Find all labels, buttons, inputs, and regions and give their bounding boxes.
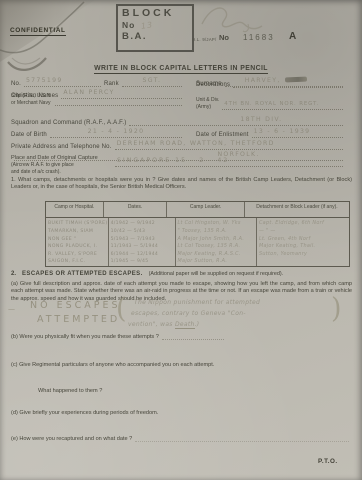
field-value-capture: SINGAPORE 15 - 2 - 42 xyxy=(115,150,343,167)
table-row: 10/42 — 5/43 xyxy=(111,228,175,236)
row-capture-value: SINGAPORE 15 - 2 - 42 xyxy=(112,150,346,167)
table-row: Lt Col Toosey, 135 R.A. xyxy=(178,243,256,251)
field-value-decorations xyxy=(233,87,343,88)
table-row: 5/1943 — 7/1943 xyxy=(111,236,175,244)
section-2-title: ESCAPES OR ATTEMPTED ESCAPES. xyxy=(22,271,143,277)
table-row: Major Keating, R.A.S.C. xyxy=(178,251,256,259)
question-2b-text: (b) Were you physically fit when you mad… xyxy=(11,334,159,340)
table-row: — " — xyxy=(259,228,349,236)
question-2e-answer-line xyxy=(135,441,349,442)
field-label-ship: Ship (R.N., U.S.N. or Merchant Navy xyxy=(11,93,52,106)
stamp-line-no: No13 xyxy=(122,20,188,31)
table-row: Lt. Green, 4th Norf xyxy=(259,236,349,244)
table-row: Capt. Eldridge, 6th Norf xyxy=(259,220,349,228)
table-row: A Major John Smith, R.A. xyxy=(178,236,256,244)
file-reference-text: H.L. 9/JAP/ xyxy=(192,37,216,42)
row-ship: Ship (R.N., U.S.N. or Merchant Navy xyxy=(11,93,185,106)
serial-suffix-letter: A xyxy=(289,31,296,42)
unit-label-line1: Unit & Div. xyxy=(196,97,219,104)
note3-pre-text: vention", was xyxy=(128,321,175,328)
unit-div-value-text: 4TH BN. ROYAL NOR. REGT. xyxy=(224,101,319,107)
camps-table-header-row: Camp or Hospital. Dates. Camp Leader. De… xyxy=(46,202,349,218)
table-row: BUKIT TIMAH (S'PORE) xyxy=(48,220,108,228)
serial-no-label: No xyxy=(219,33,229,42)
field-label-decorations: Decorations xyxy=(196,82,230,88)
table-row: NON GEE " xyxy=(48,236,108,244)
scanned-pow-questionnaire-form: CONFIDENTIAL BLOCK No13 B.A. H.L. 9/JAP/… xyxy=(0,0,362,480)
column-camp-leader: Lt Col Hingston, W. Yks " Toosey, 135 R.… xyxy=(176,218,257,266)
camps-table-body: BUKIT TIMAH (S'PORE) TAMARKAN, SIAM NON … xyxy=(46,218,349,266)
capture-label-line3: and date of a/c crash). xyxy=(11,169,98,176)
header-camp-leader: Camp Leader. xyxy=(167,202,245,217)
answer-close-paren: ) xyxy=(331,292,342,325)
pto-footer: P.T.O. xyxy=(318,458,338,465)
stamp-no-label: No xyxy=(122,20,135,30)
field-label-capture: Place and Date of Original Capture (Airc… xyxy=(11,155,98,175)
question-2e-text: (e) How were you recaptured and on what … xyxy=(11,436,132,442)
ship-label-line1: Ship (R.N., U.S.N. xyxy=(11,93,52,100)
question-2c-text: (c) Give Regimental particulars of anyon… xyxy=(11,362,352,369)
table-row: Lt Col Hingston, W. Yks xyxy=(178,220,256,228)
capture-value-text: SINGAPORE 15 - 2 - 42 xyxy=(117,157,229,164)
table-row: 11/1943 — 5/1944 xyxy=(111,243,175,251)
table-row: R. VALLEY, S'PORE xyxy=(48,251,108,259)
section-2-note: (Additional paper will be supplied on re… xyxy=(149,271,284,277)
answer-note-line2: escapes, contrary to Geneva "Con- xyxy=(131,310,246,317)
table-row: NONG PLADUCK, I. xyxy=(48,243,108,251)
serial-number: 11683 xyxy=(243,33,275,42)
note3-post-text: .) xyxy=(195,321,200,328)
handwritten-scribble xyxy=(196,2,268,34)
question-what-happened-text: What happened to them ? xyxy=(38,388,102,395)
answer-dash: — xyxy=(8,305,18,313)
section-2-number: 2. xyxy=(11,271,16,277)
table-row: 1/1945 — 9/45 xyxy=(111,258,175,266)
answer-note-line3: vention", was Death.) xyxy=(128,321,199,328)
field-value-unit-div: 4TH BN. ROYAL NOR. REGT. xyxy=(222,93,343,110)
confidential-marking: CONFIDENTIAL xyxy=(10,27,66,36)
table-row: 4/1942 — 9/1942 xyxy=(111,220,175,228)
answer-open-paren: ( xyxy=(116,292,127,325)
table-row: Sutton, Yeomanry xyxy=(259,251,349,259)
answer-note-line1: The Nippon punishment for attempted xyxy=(134,299,260,306)
column-dates: 4/1942 — 9/1942 10/42 — 5/43 5/1943 — 7/… xyxy=(109,218,176,266)
capture-label-line1: Place and Date of Original Capture xyxy=(11,155,98,162)
section-2-heading: 2. ESCAPES OR ATTEMPTED ESCAPES. (Additi… xyxy=(11,271,283,277)
table-row: Major Sutton, R.A. xyxy=(178,258,256,266)
stamp-line-block: BLOCK xyxy=(122,7,188,20)
question-2d-text: (d) Give briefly your experiences during… xyxy=(11,410,352,417)
answer-attempted: ATTEMPTED xyxy=(37,314,120,325)
header-detachment-leader: Detachment or Block Leader (if any). xyxy=(245,202,349,217)
column-block-leader: Capt. Eldridge, 6th Norf — " — Lt. Green… xyxy=(257,218,349,266)
stamp-handwritten-number: 13 xyxy=(141,20,154,32)
row-decorations: Decorations xyxy=(196,82,346,88)
question-2b-answer-line xyxy=(162,339,224,340)
row-unit-div: Unit & Div. (Army) 4TH BN. ROYAL NOR. RE… xyxy=(196,93,346,110)
answer-no-escapes: NO ESCAPES xyxy=(30,300,121,311)
header-dates: Dates. xyxy=(104,202,167,217)
header-camp-or-hospital: Camp or Hospital. xyxy=(46,202,104,217)
question-2e-row: (e) How were you recaptured and on what … xyxy=(11,436,352,442)
ship-label-line2: or Merchant Navy xyxy=(11,100,52,107)
field-value-ship xyxy=(55,105,182,106)
stamp-line-ba: B.A. xyxy=(122,31,188,43)
table-row: Major Keating, Thail. xyxy=(259,243,349,251)
camps-table: Camp or Hospital. Dates. Camp Leader. De… xyxy=(45,201,350,267)
table-row: " Toosey, 135 R.A. xyxy=(178,228,256,236)
column-camp: BUKIT TIMAH (S'PORE) TAMARKAN, SIAM NON … xyxy=(46,218,109,266)
question-1-text: 1. What camps, detachments or hospitals … xyxy=(11,177,352,192)
table-row: SAIGON, F.I.C. xyxy=(48,258,108,266)
block-number-stamp: BLOCK No13 B.A. xyxy=(116,4,194,52)
table-row: 6/1944 — 12/1944 xyxy=(111,251,175,259)
note3-death-underlined: Death xyxy=(175,321,195,329)
table-row: TAMARKAN, SIAM xyxy=(48,228,108,236)
table-row xyxy=(259,258,349,266)
question-2b-row: (b) Were you physically fit when you mad… xyxy=(11,334,261,340)
